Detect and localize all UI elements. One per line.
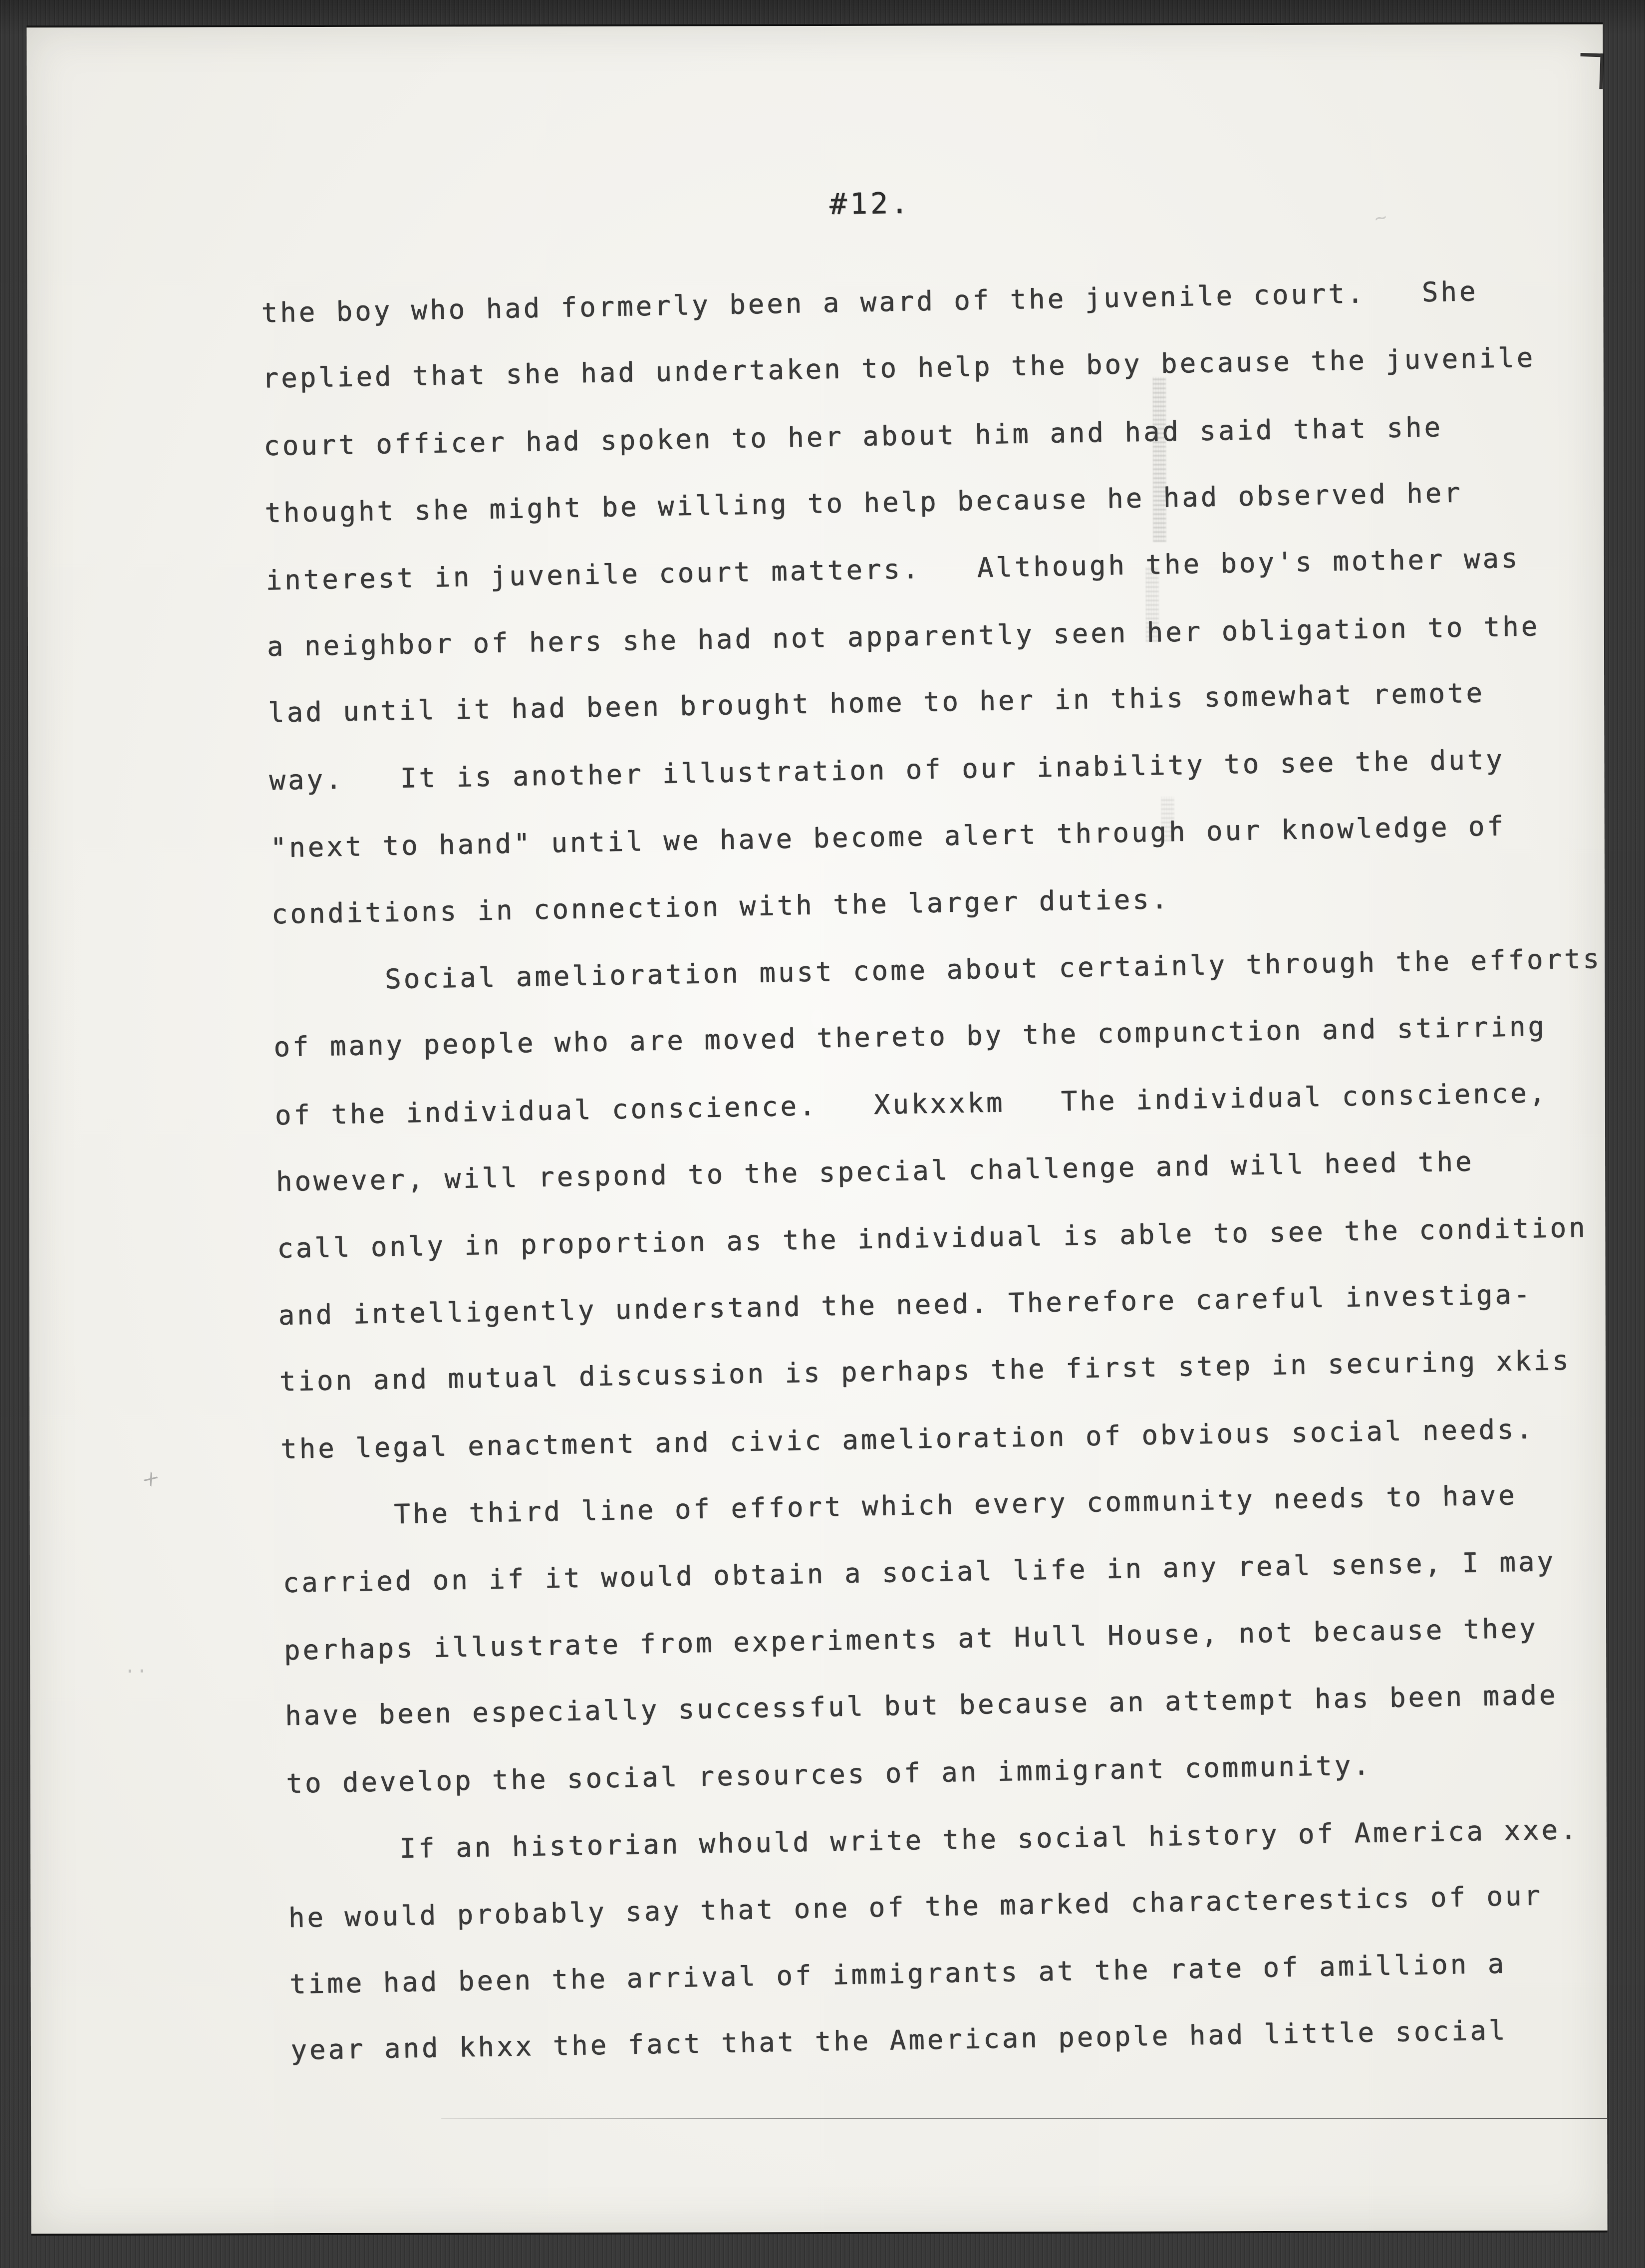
pencil-mark: ~: [1373, 209, 1388, 226]
pencil-mark: x: [142, 1469, 161, 1488]
ink-smudge-artifact: [1146, 567, 1159, 642]
ink-smudge-artifact: [1161, 796, 1174, 841]
page-number: #12.: [829, 186, 912, 221]
scanned-page: #12. the boy who had formerly been a war…: [26, 24, 1607, 2234]
pencil-mark: ..: [124, 1659, 148, 1674]
scratch-line-artifact: [441, 2118, 1607, 2119]
ink-smudge-artifact: [1153, 377, 1166, 542]
typed-text: the boy who had formerly been a ward of …: [261, 256, 1645, 2085]
page-corner-mark: [1579, 53, 1604, 89]
scan-background: { "page": { "number_label": "#12.", "pap…: [0, 0, 1645, 2268]
